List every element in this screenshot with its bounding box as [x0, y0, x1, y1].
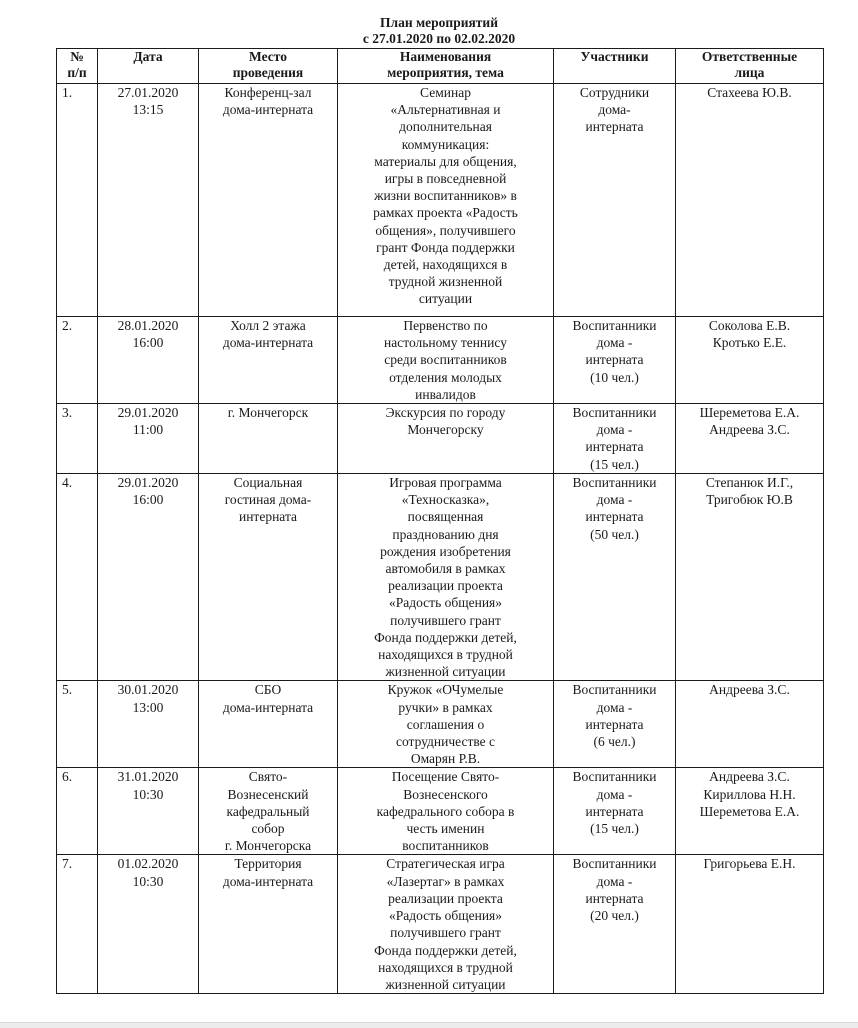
cell-event: Кружок «ОЧумелые ручки» в рамках соглаше…: [338, 681, 554, 768]
cell-event: Стратегическая игра «Лазертаг» в рамках …: [338, 855, 554, 994]
cell-num: 2.: [57, 317, 98, 404]
cell-place: г. Мончегорск: [199, 404, 338, 474]
cell-date: 29.01.2020 16:00: [98, 474, 199, 681]
cell-participants: Воспитанники дома - интерната (20 чел.): [554, 855, 676, 994]
cell-place: Социальная гостиная дома- интерната: [199, 474, 338, 681]
cell-event: Посещение Свято- Вознесенского кафедраль…: [338, 768, 554, 855]
cell-num: 7.: [57, 855, 98, 994]
cell-event: Семинар «Альтернативная и дополнительная…: [338, 84, 554, 317]
events-plan-table: № п/п Дата Место проведения Наименования…: [56, 48, 824, 994]
cell-place: Свято- Вознесенский кафедральный собор г…: [199, 768, 338, 855]
viewer-bottom-strip: [0, 1022, 858, 1028]
cell-responsible: Андреева З.С.: [676, 681, 824, 768]
cell-responsible: Степанюк И.Г., Тригобюк Ю.В: [676, 474, 824, 681]
table-row: 7. 01.02.2020 10:30 Территория дома-инте…: [57, 855, 824, 994]
cell-participants: Воспитанники дома - интерната (15 чел.): [554, 404, 676, 474]
cell-num: 6.: [57, 768, 98, 855]
cell-num: 4.: [57, 474, 98, 681]
cell-responsible: Стахеева Ю.В.: [676, 84, 824, 317]
header-place: Место проведения: [199, 49, 338, 84]
cell-date: 27.01.2020 13:15: [98, 84, 199, 317]
table-row: 3. 29.01.2020 11:00 г. Мончегорск Экскур…: [57, 404, 824, 474]
table-row: 1. 27.01.2020 13:15 Конференц-зал дома-и…: [57, 84, 824, 317]
title-line-1: План мероприятий: [56, 15, 822, 31]
cell-date: 31.01.2020 10:30: [98, 768, 199, 855]
cell-responsible: Шереметова Е.А. Андреева З.С.: [676, 404, 824, 474]
document-title: План мероприятий с 27.01.2020 по 02.02.2…: [56, 15, 822, 47]
table-header-row: № п/п Дата Место проведения Наименования…: [57, 49, 824, 84]
cell-event: Экскурсия по городу Мончегорску: [338, 404, 554, 474]
cell-place: Конференц-зал дома-интерната: [199, 84, 338, 317]
header-participants: Участники: [554, 49, 676, 84]
cell-date: 29.01.2020 11:00: [98, 404, 199, 474]
header-event: Наименования мероприятия, тема: [338, 49, 554, 84]
cell-responsible: Григорьева Е.Н.: [676, 855, 824, 994]
cell-date: 28.01.2020 16:00: [98, 317, 199, 404]
cell-place: СБО дома-интерната: [199, 681, 338, 768]
header-num: № п/п: [57, 49, 98, 84]
document-page: План мероприятий с 27.01.2020 по 02.02.2…: [0, 0, 858, 1022]
table-row: 2. 28.01.2020 16:00 Холл 2 этажа дома-ин…: [57, 317, 824, 404]
cell-date: 30.01.2020 13:00: [98, 681, 199, 768]
header-date: Дата: [98, 49, 199, 84]
cell-participants: Воспитанники дома - интерната (50 чел.): [554, 474, 676, 681]
cell-event: Первенство по настольному теннису среди …: [338, 317, 554, 404]
cell-event: Игровая программа «Техносказка», посвяще…: [338, 474, 554, 681]
cell-participants: Воспитанники дома - интерната (10 чел.): [554, 317, 676, 404]
cell-participants: Воспитанники дома - интерната (6 чел.): [554, 681, 676, 768]
cell-place: Холл 2 этажа дома-интерната: [199, 317, 338, 404]
cell-num: 1.: [57, 84, 98, 317]
cell-num: 3.: [57, 404, 98, 474]
header-responsible: Ответственные лица: [676, 49, 824, 84]
cell-num: 5.: [57, 681, 98, 768]
cell-place: Территория дома-интерната: [199, 855, 338, 994]
table-row: 6. 31.01.2020 10:30 Свято- Вознесенский …: [57, 768, 824, 855]
cell-responsible: Соколова Е.В. Кротько Е.Е.: [676, 317, 824, 404]
cell-participants: Сотрудники дома- интерната: [554, 84, 676, 317]
title-line-2: с 27.01.2020 по 02.02.2020: [56, 31, 822, 47]
table-row: 4. 29.01.2020 16:00 Социальная гостиная …: [57, 474, 824, 681]
cell-responsible: Андреева З.С. Кириллова Н.Н. Шереметова …: [676, 768, 824, 855]
table-row: 5. 30.01.2020 13:00 СБО дома-интерната К…: [57, 681, 824, 768]
cell-date: 01.02.2020 10:30: [98, 855, 199, 994]
cell-participants: Воспитанники дома - интерната (15 чел.): [554, 768, 676, 855]
